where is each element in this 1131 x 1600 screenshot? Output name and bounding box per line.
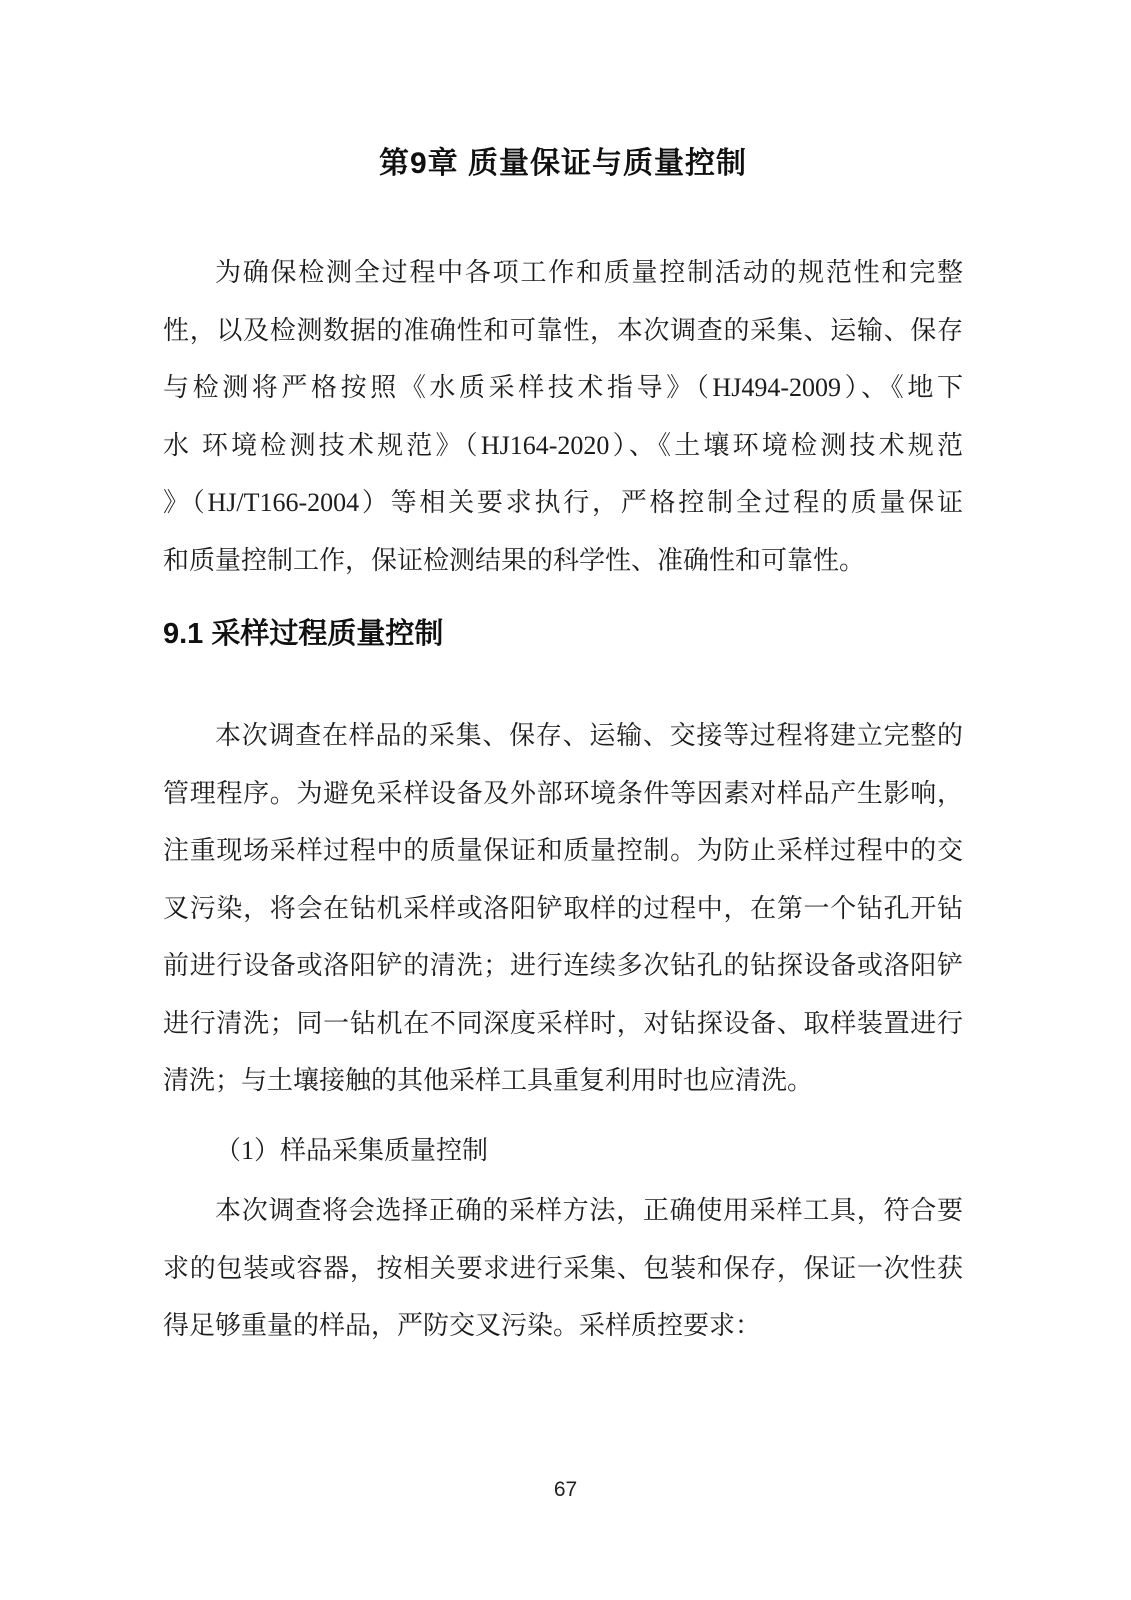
text-line: 性，以及检测数据的准确性和可靠性，本次调查的采集、运输、保存 xyxy=(163,302,963,360)
text-line: 为确保检测全过程中各项工作和质量控制活动的规范性和完整 xyxy=(163,244,963,302)
text-line: 前进行设备或洛阳铲的清洗；进行连续多次钻孔的钻探设备或洛阳铲 xyxy=(163,937,963,995)
paragraph-intro: 为确保检测全过程中各项工作和质量控制活动的规范性和完整性，以及检测数据的准确性和… xyxy=(163,244,963,589)
text-line: 清洗；与土壤接触的其他采样工具重复利用时也应清洗。 xyxy=(163,1052,963,1110)
document-content: 第9章 质量保证与质量控制 为确保检测全过程中各项工作和质量控制活动的规范性和完… xyxy=(163,0,963,1355)
text-line: 注重现场采样过程中的质量保证和质量控制。为防止采样过程中的交 xyxy=(163,822,963,880)
text-line: 进行清洗；同一钻机在不同深度采样时，对钻探设备、取样装置进行 xyxy=(163,995,963,1053)
text-line: 与检测将严格按照《水质采样技术指导》（HJ494-2009）、《地下 xyxy=(163,359,963,417)
text-line: 》（HJ/T166-2004）等相关要求执行，严格控制全过程的质量保证 xyxy=(163,474,963,532)
text-line: 叉污染，将会在钻机采样或洛阳铲取样的过程中，在第一个钻孔开钻 xyxy=(163,880,963,938)
paragraph-sampling-process: 本次调查在样品的采集、保存、运输、交接等过程将建立完整的管理程序。为避免采样设备… xyxy=(163,707,963,1110)
text-line: 水 环境检测技术规范》（HJ164-2020）、《土壤环境检测技术规范 xyxy=(163,417,963,475)
text-line: 和质量控制工作，保证检测结果的科学性、准确性和可靠性。 xyxy=(163,532,963,590)
text-line: 求的包装或容器，按相关要求进行采集、包装和保存，保证一次性获 xyxy=(163,1240,963,1298)
text-line: 管理程序。为避免采样设备及外部环境条件等因素对样品产生影响， xyxy=(163,765,963,823)
chapter-title: 第9章 质量保证与质量控制 xyxy=(163,143,963,185)
section-heading-9-1: 9.1 采样过程质量控制 xyxy=(163,616,963,652)
paragraph-sample-collection: 本次调查将会选择正确的采样方法，正确使用采样工具，符合要求的包装或容器，按相关要… xyxy=(163,1182,963,1355)
page-number: 67 xyxy=(0,1476,1131,1504)
list-item-1-sample-collection: （1）样品采集质量控制 xyxy=(163,1122,963,1180)
text-line: 得足够重量的样品，严防交叉污染。采样质控要求： xyxy=(163,1297,963,1355)
text-line: 本次调查将会选择正确的采样方法，正确使用采样工具，符合要 xyxy=(163,1182,963,1240)
text-line: 本次调查在样品的采集、保存、运输、交接等过程将建立完整的 xyxy=(163,707,963,765)
document-page: 第9章 质量保证与质量控制 为确保检测全过程中各项工作和质量控制活动的规范性和完… xyxy=(0,0,1131,1600)
